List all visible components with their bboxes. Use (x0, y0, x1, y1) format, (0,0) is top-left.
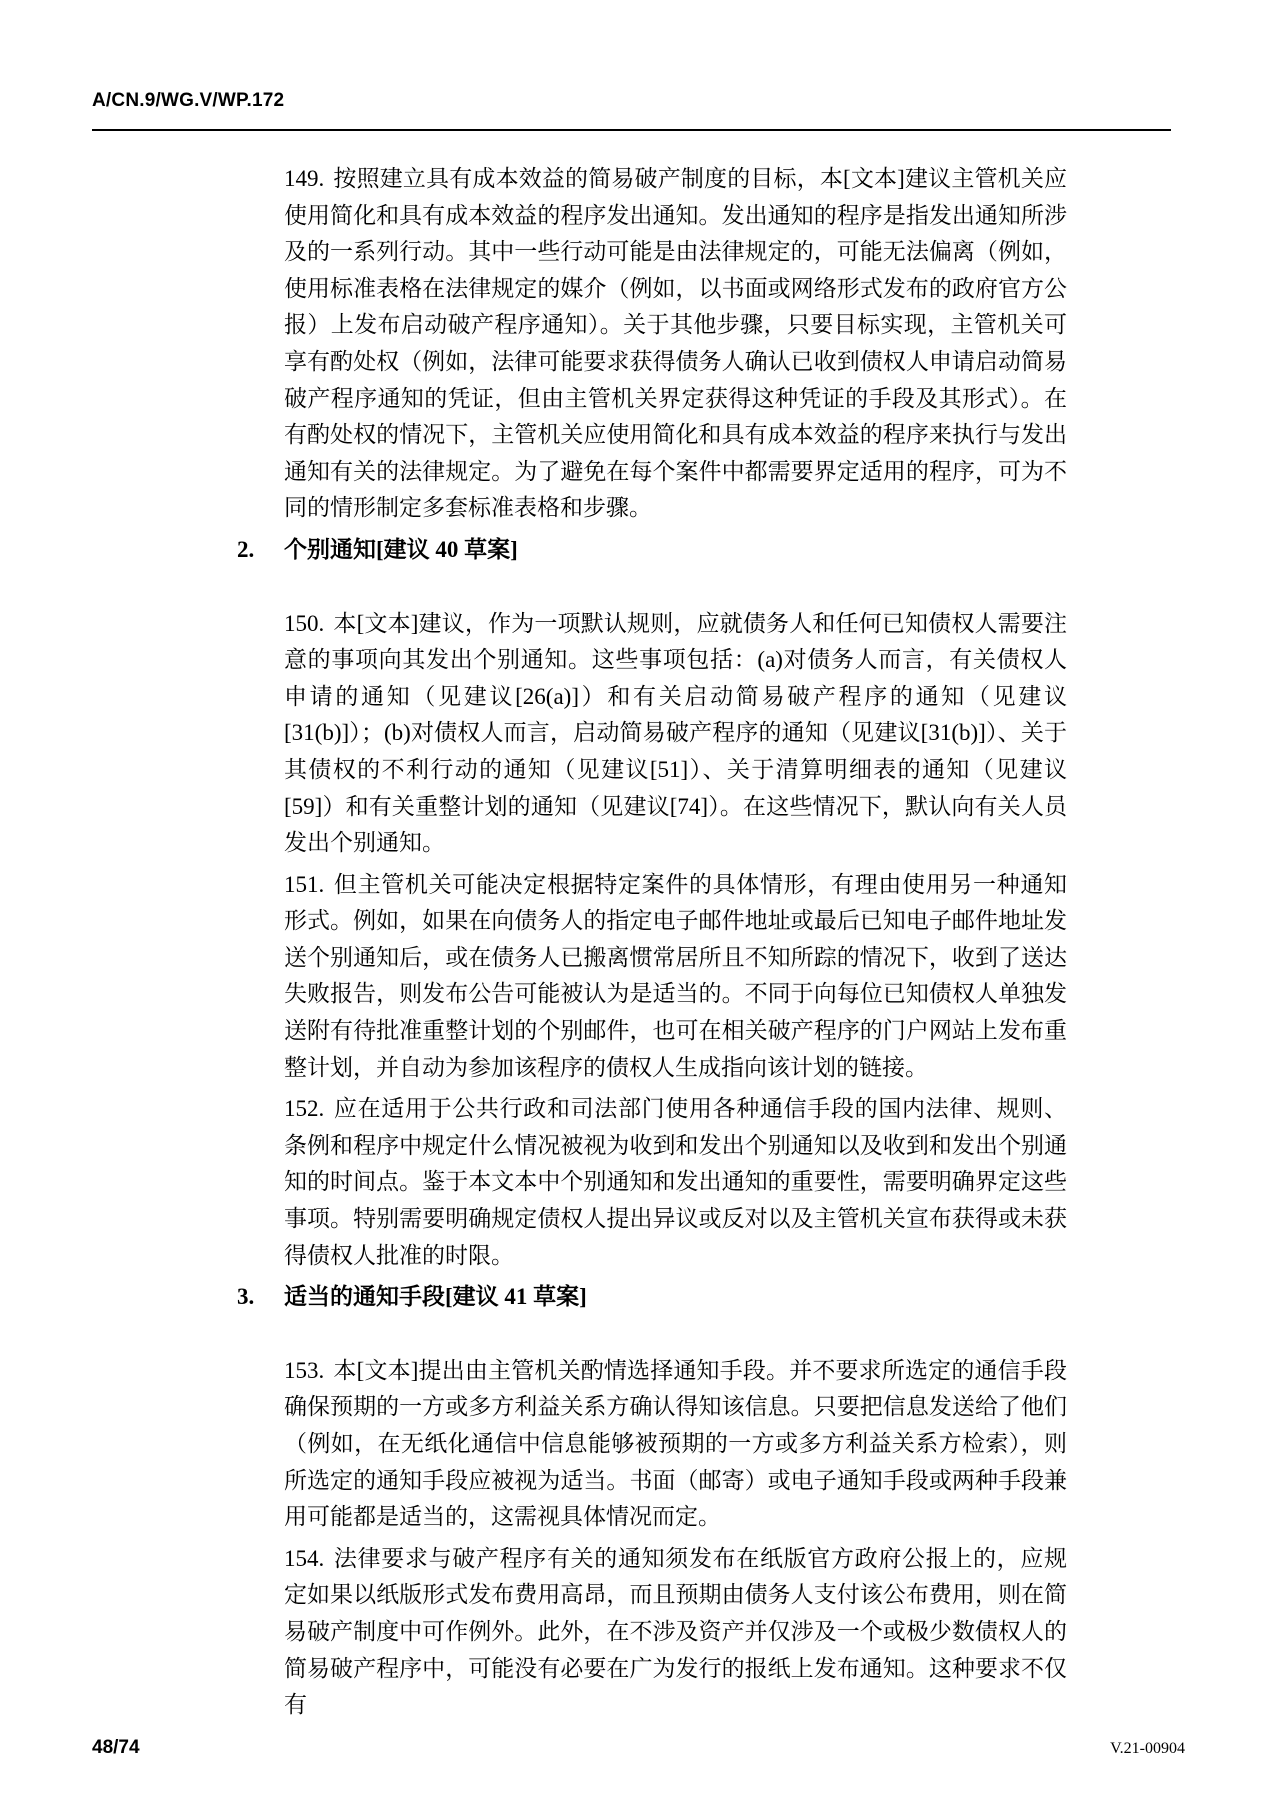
paragraph-150-number: 150. (284, 611, 324, 636)
paragraph-149: 149.按照建立具有成本效益的简易破产制度的目标，本[文本]建议主管机关应使用简… (284, 161, 1067, 527)
document-code: V.21-00904 (1110, 1740, 1185, 1758)
document-body: 149.按照建立具有成本效益的简易破产制度的目标，本[文本]建议主管机关应使用简… (284, 161, 1067, 1729)
paragraph-152-text: 应在适用于公共行政和司法部门使用各种通信手段的国内法律、规则、条例和程序中规定什… (284, 1096, 1067, 1267)
paragraph-151-text: 但主管机关可能决定根据特定案件的具体情形，有理由使用另一种通知形式。例如，如果在… (284, 872, 1067, 1080)
section-heading-2-text: 个别通知[建议 40 草案] (284, 537, 518, 562)
section-heading-3: 3.适当的通知手段[建议 41 草案] (284, 1279, 1067, 1316)
section-heading-2-number: 2. (237, 532, 254, 569)
paragraph-154-number: 154. (284, 1546, 324, 1571)
paragraph-151: 151.但主管机关可能决定根据特定案件的具体情形，有理由使用另一种通知形式。例如… (284, 867, 1067, 1087)
document-symbol: A/CN.9/WG.V/WP.172 (92, 90, 1171, 112)
paragraph-153: 153.本[文本]提出由主管机关酌情选择通知手段。并不要求所选定的通信手段确保预… (284, 1353, 1067, 1536)
paragraph-153-number: 153. (284, 1358, 324, 1383)
page-footer: 48/74 V.21-00904 (92, 1737, 1185, 1759)
page-number: 48/74 (92, 1737, 140, 1759)
paragraph-150: 150.本[文本]建议，作为一项默认规则，应就债务人和任何已知债权人需要注意的事… (284, 606, 1067, 862)
paragraph-152: 152.应在适用于公共行政和司法部门使用各种通信手段的国内法律、规则、条例和程序… (284, 1091, 1067, 1274)
page-header: A/CN.9/WG.V/WP.172 (92, 90, 1171, 131)
section-heading-3-text: 适当的通知手段[建议 41 草案] (284, 1284, 587, 1309)
header-rule (92, 129, 1171, 131)
section-heading-3-number: 3. (237, 1279, 254, 1316)
paragraph-151-number: 151. (284, 872, 324, 897)
section-heading-2: 2.个别通知[建议 40 草案] (284, 532, 1067, 569)
paragraph-150-text: 本[文本]建议，作为一项默认规则，应就债务人和任何已知债权人需要注意的事项向其发… (284, 611, 1067, 856)
paragraph-154-text: 法律要求与破产程序有关的通知须发布在纸版官方政府公报上的，应规定如果以纸版形式发… (284, 1546, 1067, 1717)
paragraph-152-number: 152. (284, 1096, 324, 1121)
paragraph-153-text: 本[文本]提出由主管机关酌情选择通知手段。并不要求所选定的通信手段确保预期的一方… (284, 1358, 1067, 1529)
paragraph-149-number: 149. (284, 166, 324, 191)
document-page: A/CN.9/WG.V/WP.172 149.按照建立具有成本效益的简易破产制度… (0, 0, 1280, 1809)
paragraph-149-text: 按照建立具有成本效益的简易破产制度的目标，本[文本]建议主管机关应使用简化和具有… (284, 166, 1067, 520)
paragraph-154: 154.法律要求与破产程序有关的通知须发布在纸版官方政府公报上的，应规定如果以纸… (284, 1541, 1067, 1724)
